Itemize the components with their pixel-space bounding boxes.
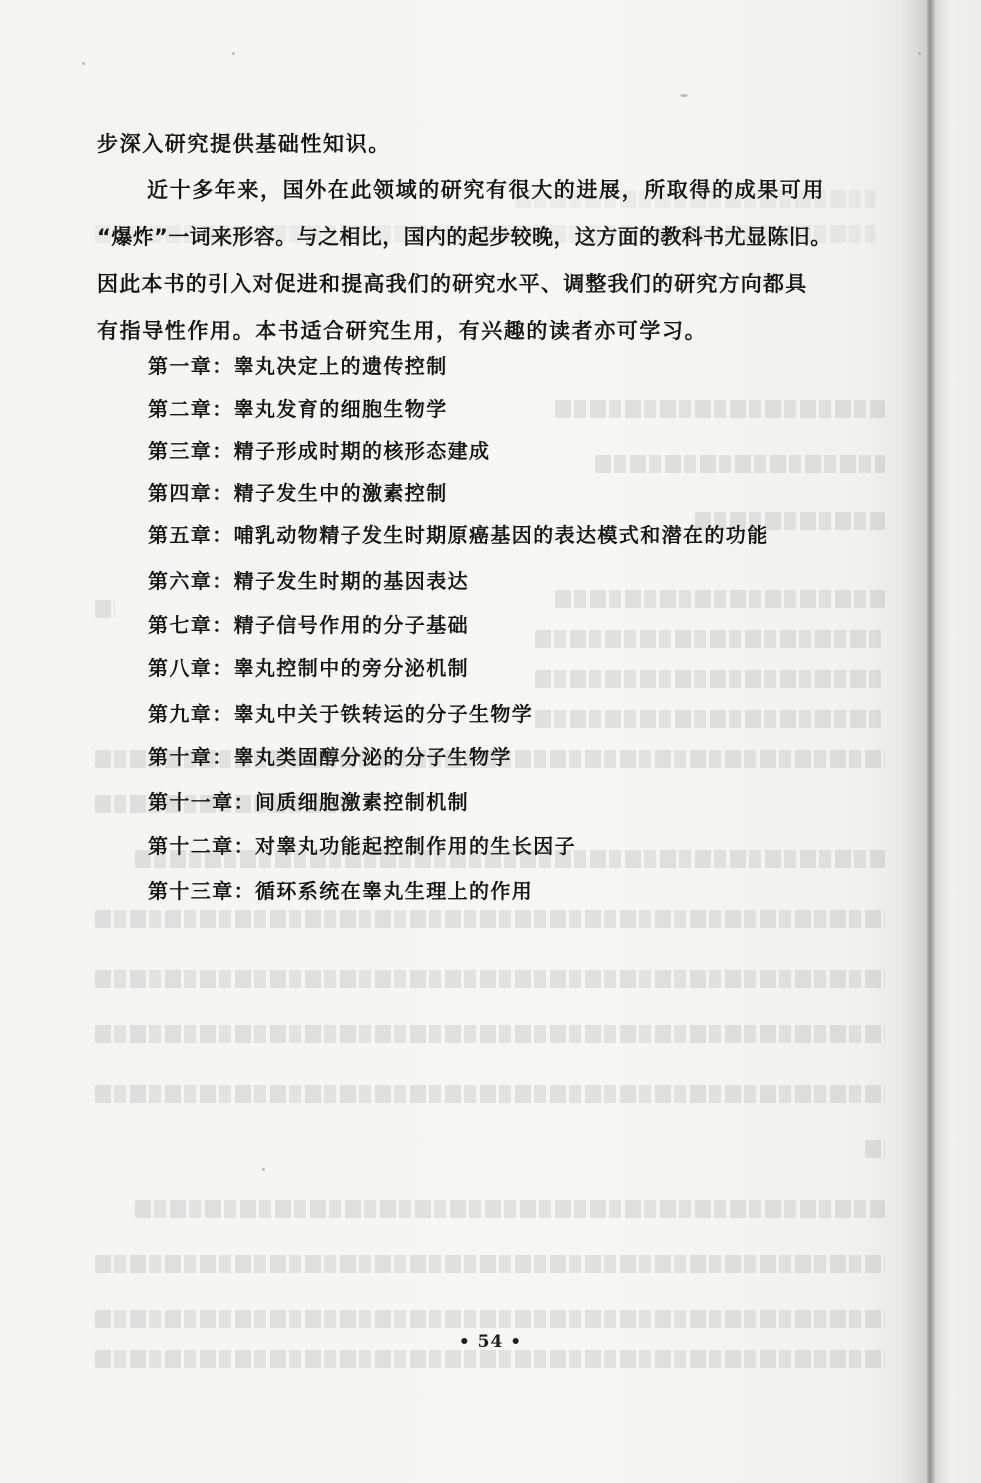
- scan-speck: [680, 94, 688, 97]
- scanned-page: 步深入研究提供基础性知识。 近十多年来，国外在此领域的研究有很大的进展，所取得的…: [0, 0, 981, 1483]
- paragraph-line: “爆炸”一词来形容。与之相比，国内的起步较晚，这方面的教科书尤显陈旧。: [97, 221, 832, 251]
- toc-item-chapter-2: 第二章：睾丸发育的细胞生物学: [148, 393, 448, 422]
- scan-speck: [918, 52, 921, 55]
- toc-item-chapter-7: 第七章：精子信号作用的分子基础: [148, 609, 469, 638]
- paragraph-line: 因此本书的引入对促进和提高我们的研究水平、调整我们的研究方向都具: [97, 268, 807, 298]
- paragraph-line: 有指导性作用。本书适合研究生用，有兴趣的读者亦可学习。: [97, 315, 707, 345]
- paragraph-continuation-line: 步深入研究提供基础性知识。: [97, 128, 391, 158]
- toc-item-chapter-11: 第十一章：间质细胞激素控制机制: [148, 786, 469, 815]
- scan-speck: [262, 1168, 265, 1171]
- toc-item-chapter-6: 第六章：精子发生时期的基因表达: [148, 565, 469, 594]
- scan-speck: [82, 62, 85, 65]
- toc-item-chapter-10: 第十章：睾丸类固醇分泌的分子生物学: [148, 741, 512, 770]
- scan-speck: [232, 52, 235, 55]
- toc-item-chapter-1: 第一章：睾丸决定上的遗传控制: [148, 350, 448, 379]
- toc-item-chapter-9: 第九章：睾丸中关于铁转运的分子生物学: [148, 698, 533, 727]
- toc-item-chapter-5: 第五章：哺乳动物精子发生时期原癌基因的表达模式和潜在的功能: [148, 519, 769, 548]
- toc-item-chapter-12: 第十二章：对睾丸功能起控制作用的生长因子: [148, 830, 576, 859]
- page-number: • 54 •: [0, 1332, 981, 1352]
- toc-item-chapter-8: 第八章：睾丸控制中的旁分泌机制: [148, 652, 469, 681]
- toc-item-chapter-4: 第四章：精子发生中的激素控制: [148, 477, 448, 506]
- toc-item-chapter-3: 第三章：精子形成时期的核形态建成: [148, 435, 490, 464]
- toc-item-chapter-13: 第十三章：循环系统在睾丸生理上的作用: [148, 875, 533, 904]
- paragraph-line: 近十多年来，国外在此领域的研究有很大的进展，所取得的成果可用: [147, 174, 825, 204]
